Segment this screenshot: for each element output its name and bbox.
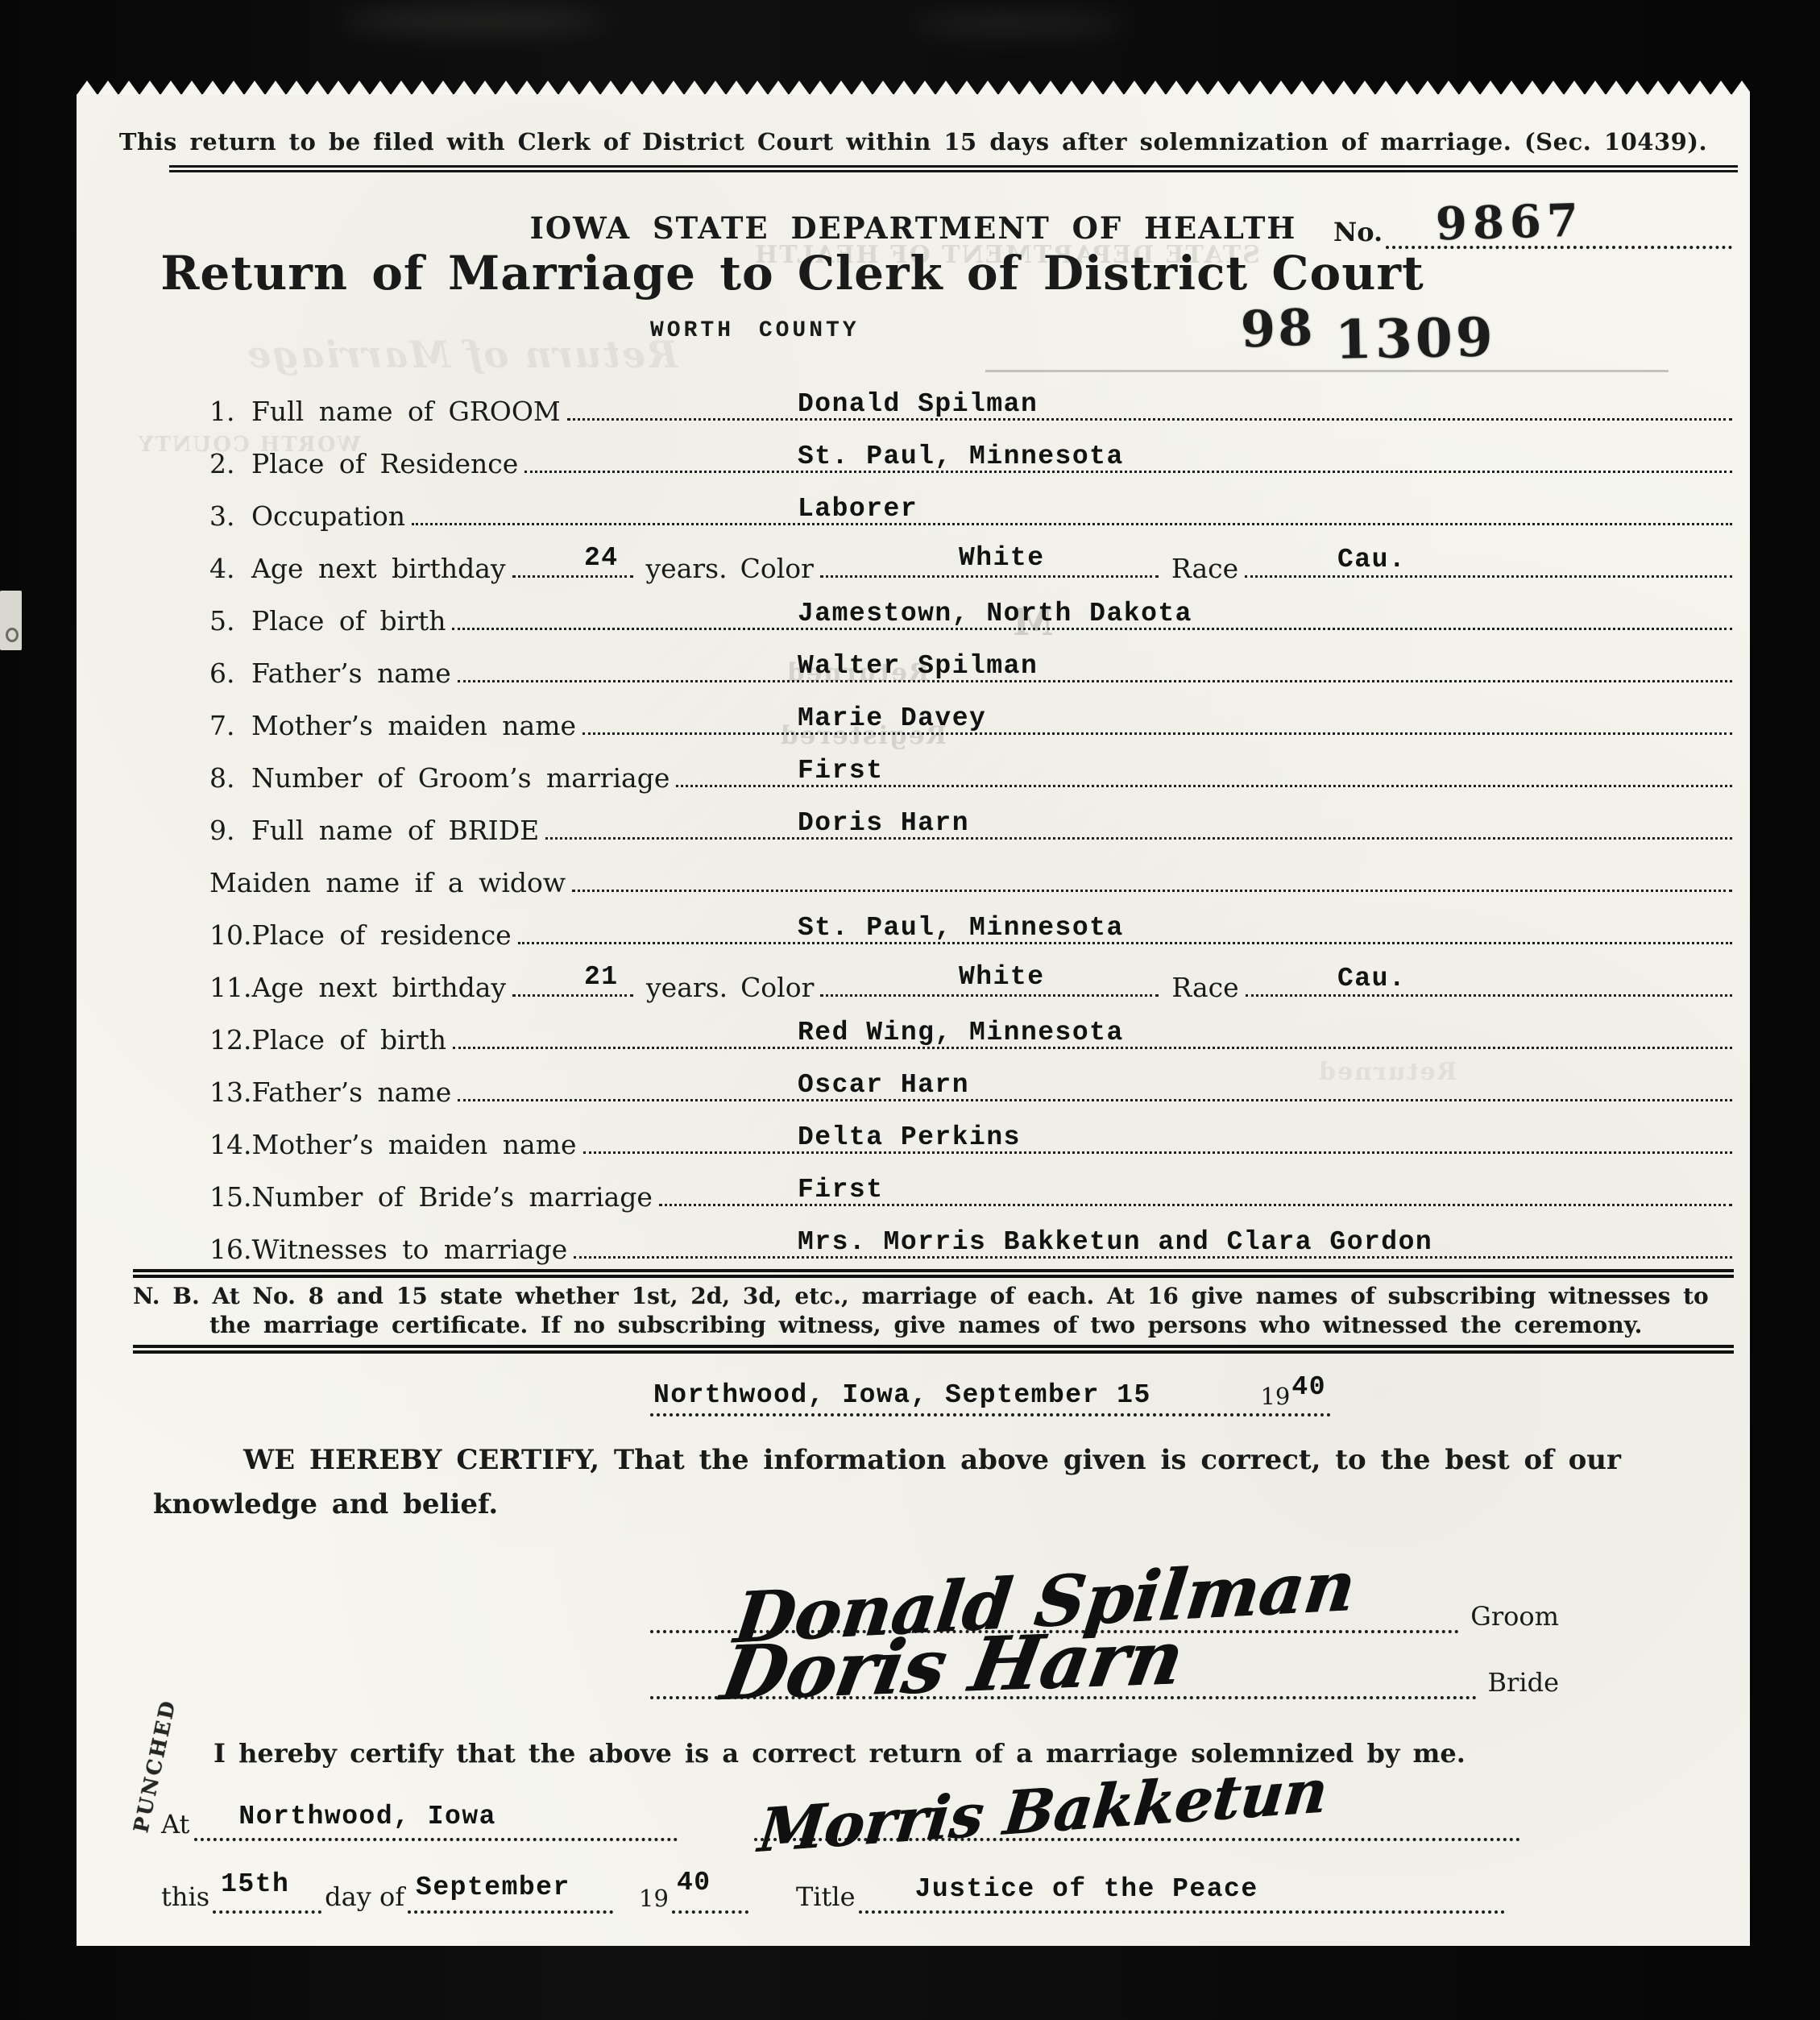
dotted-line — [512, 994, 633, 997]
officiant-signature-line: Morris Bakketun — [754, 1777, 1520, 1841]
number-label: No. — [1333, 217, 1383, 249]
field-row-groom-mother: 7. Mother’s maiden name Marie Davey — [209, 692, 1732, 745]
field-label: Full name of GROOM — [251, 396, 561, 430]
field-label: Age next birthday — [251, 553, 506, 587]
typed-value: Marie Davey — [798, 703, 986, 733]
day-value: 15th — [221, 1869, 289, 1899]
dotted-line: 40 — [672, 1873, 748, 1914]
typed-value: Donald Spilman — [798, 389, 1038, 419]
title-label: Title — [796, 1881, 856, 1914]
field-row-groom-marriage-number: 8. Number of Groom’s marriage First — [209, 745, 1732, 797]
divider-rule — [169, 165, 1738, 172]
field-number: 8. — [209, 762, 251, 797]
field-label: Place of Residence — [251, 448, 518, 483]
dotted-line: September — [408, 1873, 613, 1914]
typed-value: White — [959, 962, 1045, 992]
race-label: Race — [1171, 553, 1238, 587]
dotted-line — [820, 575, 1159, 578]
field-number: 10. — [209, 919, 251, 954]
typed-value: Jamestown, North Dakota — [798, 599, 1192, 628]
field-number: 15. — [209, 1181, 251, 1216]
note-text: N. B. At No. 8 and 15 state whether 1st,… — [133, 1282, 1734, 1340]
field-number: 13. — [209, 1076, 251, 1111]
dotted-line — [412, 523, 1732, 525]
typed-value: First — [798, 1175, 884, 1205]
this-label: this — [161, 1881, 209, 1914]
dotted-line — [545, 837, 1732, 840]
dotted-line — [458, 1099, 1732, 1101]
dotted-line — [820, 994, 1159, 997]
title-value: Justice of the Peace — [915, 1874, 1258, 1904]
month-value: September — [416, 1873, 570, 1902]
dotted-line — [512, 575, 633, 578]
field-number: 3. — [209, 500, 251, 535]
field-row-bride-residence: 10. Place of residence St. Paul, Minneso… — [209, 902, 1732, 954]
typed-value: Laborer — [798, 494, 918, 524]
typed-value: Walter Spilman — [798, 651, 1038, 681]
certificate-number: No. 9867 — [1333, 197, 1732, 249]
field-number: 2. — [209, 448, 251, 483]
typed-value: Mrs. Morris Bakketun and Clara Gordon — [798, 1227, 1432, 1257]
place-value: Northwood, Iowa — [238, 1802, 496, 1831]
dotted-line — [583, 1151, 1732, 1154]
field-row-bride-age: 11. Age next birthday years. Color Race … — [209, 954, 1732, 1006]
typed-value: 21 — [584, 962, 619, 992]
field-label: Number of Bride’s marriage — [251, 1181, 652, 1216]
field-number: 9. — [209, 815, 251, 849]
field-label: Age next birthday — [251, 972, 506, 1006]
field-label: Place of birth — [251, 605, 446, 640]
typed-value: First — [798, 756, 884, 786]
year-prefix: 19 — [1260, 1383, 1290, 1410]
field-label: Full name of BRIDE — [251, 815, 539, 849]
field-row-witnesses: 16. Witnesses to marriage Mrs. Morris Ba… — [209, 1216, 1732, 1268]
field-number: 4. — [209, 553, 251, 587]
note-section: N. B. At No. 8 and 15 state whether 1st,… — [133, 1269, 1734, 1354]
dotted-line — [1246, 994, 1732, 997]
field-label: Maiden name if a widow — [209, 867, 566, 902]
typed-value: St. Paul, Minnesota — [798, 913, 1124, 943]
field-label: Witnesses to marriage — [251, 1234, 567, 1268]
color-label: Color — [740, 972, 814, 1006]
torn-edge — [77, 79, 1750, 95]
dotted-line — [1245, 575, 1732, 578]
typed-value: Delta Perkins — [798, 1122, 1021, 1152]
field-number: 11. — [209, 972, 251, 1006]
field-row-bride-marriage-number: 15. Number of Bride’s marriage First — [209, 1163, 1732, 1216]
dotted-line: 9867 — [1386, 217, 1732, 249]
place-line: At Northwood, Iowa Morris Bakketun — [161, 1772, 1520, 1841]
county-name: WORTH COUNTY — [650, 318, 860, 343]
typed-value: Doris Harn — [798, 808, 969, 838]
years-label: years. — [646, 553, 728, 587]
field-row-groom-name: 1. Full name of GROOM Donald Spilman — [209, 378, 1732, 430]
year-prefix: 19 — [639, 1885, 669, 1914]
scan-smudge — [910, 15, 1128, 34]
typed-value: 24 — [584, 543, 619, 573]
field-label: Father’s name — [251, 1076, 451, 1111]
divider-rule — [133, 1345, 1734, 1354]
year-value: 40 — [1291, 1372, 1326, 1402]
typed-value: Oscar Harn — [798, 1070, 969, 1100]
field-label: Mother’s maiden name — [251, 1129, 576, 1163]
field-number: 6. — [209, 657, 251, 692]
day-of-label: day of — [325, 1881, 404, 1914]
signature-line: Doris Harn — [650, 1612, 1477, 1699]
field-label: Occupation — [251, 500, 405, 535]
typed-value: Red Wing, Minnesota — [798, 1018, 1124, 1047]
field-label: Number of Groom’s marriage — [251, 762, 670, 797]
field-row-bride-father: 13. Father’s name Oscar Harn — [209, 1059, 1732, 1111]
field-row-groom-birthplace: 5. Place of birth Jamestown, North Dakot… — [209, 587, 1732, 640]
dotted-line: 15th — [213, 1873, 321, 1914]
dotted-line: Justice of the Peace — [859, 1873, 1505, 1914]
field-row-bride-mother: 14. Mother’s maiden name Delta Perkins — [209, 1111, 1732, 1163]
typed-value: Cau. — [1337, 964, 1406, 993]
year-value: 40 — [677, 1868, 711, 1898]
bride-signature: Doris Harn — [715, 1614, 1190, 1718]
stamp-number-left: 98 — [1240, 297, 1316, 359]
date-title-line: this 15th day of September 19 40 Title J… — [161, 1844, 1508, 1914]
document-title: Return of Marriage to Clerk of District … — [77, 246, 1508, 301]
county-row: WORTH COUNTY 98 1309 — [77, 305, 1750, 378]
field-number: 1. — [209, 396, 251, 430]
dateline-value: Northwood, Iowa, September 15 — [653, 1380, 1151, 1410]
field-row-groom-residence: 2. Place of Residence St. Paul, Minnesot… — [209, 430, 1732, 483]
marriage-return-document: STATE DEPARTMENT OF HEALTH Return of Mar… — [77, 94, 1750, 1946]
scan-line — [985, 370, 1669, 372]
dotted-line — [572, 890, 1732, 892]
form-fields: 1. Full name of GROOM Donald Spilman 2. … — [209, 378, 1732, 1268]
filing-notice: This return to be filed with Clerk of Di… — [77, 128, 1750, 156]
typed-value: White — [959, 543, 1045, 573]
department-row: IOWA STATE DEPARTMENT OF HEALTH No. 9867 — [77, 197, 1750, 249]
field-label: Place of birth — [251, 1024, 446, 1059]
dateline: Northwood, Iowa, September 15 19 40 — [650, 1371, 1331, 1416]
field-row-bride-name: 9. Full name of BRIDE Doris Harn — [209, 797, 1732, 849]
typed-value: Cau. — [1337, 545, 1406, 574]
field-label: Place of residence — [251, 919, 511, 954]
field-row-groom-age: 4. Age next birthday years. Color Race 2… — [209, 535, 1732, 587]
field-row-groom-father: 6. Father’s name Walter Spilman — [209, 640, 1732, 692]
field-label: Father’s name — [251, 657, 451, 692]
typed-value: St. Paul, Minnesota — [798, 442, 1124, 471]
dotted-line: Northwood, Iowa — [194, 1801, 678, 1841]
field-number: 7. — [209, 710, 251, 745]
field-label: Mother’s maiden name — [251, 710, 576, 745]
field-row-bride-birthplace: 12. Place of birth Red Wing, Minnesota — [209, 1006, 1732, 1059]
color-label: Color — [740, 553, 814, 587]
race-label: Race — [1171, 972, 1238, 1006]
field-row-maiden-name: Maiden name if a widow — [209, 849, 1732, 902]
field-number: 16. — [209, 1234, 251, 1268]
bride-label: Bride — [1488, 1667, 1559, 1699]
dotted-line — [582, 732, 1732, 735]
scan-artifact — [0, 591, 22, 650]
scan-background: STATE DEPARTMENT OF HEALTH Return of Mar… — [0, 0, 1820, 2020]
field-number: 12. — [209, 1024, 251, 1059]
scan-smudge — [338, 10, 604, 32]
field-number: 5. — [209, 605, 251, 640]
stamp-number-right: 1309 — [1334, 305, 1496, 371]
bride-signature-row: Doris Harn Bride — [650, 1612, 1559, 1699]
at-label: At — [161, 1809, 189, 1841]
dotted-line — [458, 680, 1732, 682]
dotted-line — [518, 942, 1732, 944]
dotted-line — [567, 418, 1732, 421]
field-number: 14. — [209, 1129, 251, 1163]
years-label: years. — [646, 972, 728, 1006]
certificate-number-value: 9867 — [1435, 194, 1585, 251]
field-row-groom-occupation: 3. Occupation Laborer — [209, 483, 1732, 535]
certify-statement: WE HEREBY CERTIFY, That the information … — [153, 1438, 1665, 1527]
divider-rule — [133, 1269, 1734, 1278]
dotted-line — [524, 471, 1732, 473]
